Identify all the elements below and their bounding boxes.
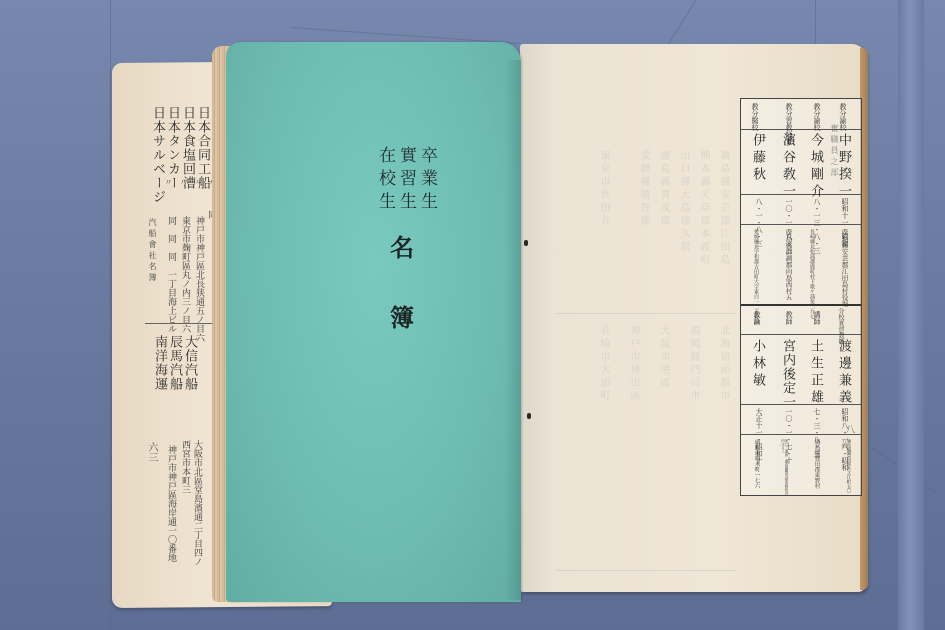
role-cell: 講師 <box>813 311 820 325</box>
staff-table: 教分諭校 教分諭校 教分習教師實 教分醫校 中野揆一 今城剛介 濱谷敎一 伊藤秋… <box>740 98 862 496</box>
ditto-mark: 〃 <box>191 382 199 390</box>
section-label: 汽船會社名簿 <box>148 218 156 284</box>
name-cell: 今城剛介 <box>809 133 822 201</box>
ditto-mark: 〃 <box>194 178 202 186</box>
title-graduates: 卒業生 <box>418 146 435 215</box>
role-cell: 教分諭校 <box>839 103 846 131</box>
address-cell: 廣島縣御調郡向島西村五 <box>785 229 792 301</box>
title-bo: 簿 <box>390 298 414 333</box>
address-cell: 長崎縣北松浦郡鹿町村下歌ケ浦免二九七 <box>809 229 814 319</box>
bleed-through-text: 愛媛縣越智郡 <box>636 150 651 228</box>
name-cell: 土生正雄 <box>809 339 822 407</box>
address-cell: 廣島縣安芸郡江田島村役場 <box>841 229 848 307</box>
name-cell: 濱谷敎一 <box>781 133 794 201</box>
bleed-through-text: 神戸市林田區 <box>626 325 641 403</box>
role-cell: 教分醫校 <box>751 103 758 131</box>
address-cell: 死亡 遺族 廣島縣豐茂郡西條町宮内はるく <box>781 439 788 495</box>
company-address: 西宮市本町三 <box>180 440 189 494</box>
divider <box>145 323 215 324</box>
bleed-through-text: 大阪市港區 <box>656 325 671 390</box>
bleed-through-text: 廣島縣安芸郡江田島 <box>716 150 731 267</box>
spine-shadow <box>505 60 521 600</box>
bleed-through-text: 熊本縣天草郡本渡町 <box>696 150 711 267</box>
binding-hole <box>527 413 531 419</box>
bleed-through-text: 廣島縣賀茂郡 <box>656 150 671 228</box>
bleed-through-text: 山口縣大島郡久賀 <box>676 150 691 254</box>
role-cell: 教論 <box>753 311 760 325</box>
role-cell: 教師 <box>785 311 792 325</box>
title-trainees: 實習生 <box>397 146 414 215</box>
cloth-fold-strip <box>898 0 924 630</box>
address-cell: 愛媛縣北宇和郡吉田町大字東白一二五番四 <box>753 229 758 324</box>
name-cell: 小林敏 <box>751 339 764 390</box>
bleed-through-text: 北海道函館市 <box>716 325 731 403</box>
ghost-divider <box>556 313 736 314</box>
bleed-through-text: 福岡縣門司市 <box>686 325 701 403</box>
company-address: 同 同 同 一丁目海上ビル <box>166 216 175 333</box>
cloth-crease <box>110 0 111 630</box>
ditto-mark: 〃 <box>161 382 169 390</box>
ditto-mark: 〃 <box>179 178 187 186</box>
address-cell: 廣島縣豐田郡木之江町五〇八四 <box>841 439 850 495</box>
ditto-mark: 〃 <box>164 178 172 186</box>
bleed-through-text: 東京市世田谷 <box>596 150 611 228</box>
company-address: 大阪市北區堂島濱通二丁目四ノ <box>192 440 201 566</box>
title-mei: 名 <box>390 228 414 263</box>
bleed-through-text: 長崎市大浦町 <box>596 325 611 403</box>
role-cell: 教分諭校 <box>813 103 820 131</box>
company-address: 神戸市神戸區海岸通一〇番地 <box>166 445 175 562</box>
binding-hole <box>524 240 528 246</box>
address-cell: 函館市柏木町一七六 <box>753 439 759 489</box>
ghost-divider <box>556 570 736 571</box>
title-students: 在校生 <box>376 146 393 215</box>
green-flyleaf-page[interactable] <box>226 42 521 602</box>
ditto-mark: 〃 <box>176 382 184 390</box>
company-address: 東京市麹町區丸ノ内三ノ目六 <box>180 216 189 333</box>
address-cell: 廣島縣豐田郡東野村 <box>813 439 819 489</box>
page-number-left: 六三 <box>146 442 156 462</box>
name-cell: 渡邊兼義 <box>837 339 850 407</box>
name-cell: 中野揆一 <box>837 133 850 201</box>
name-cell: 伊藤秋 <box>751 133 764 184</box>
name-cell: 宮内後定一 <box>781 339 794 409</box>
company-name: 日本サルベージ <box>151 106 164 204</box>
